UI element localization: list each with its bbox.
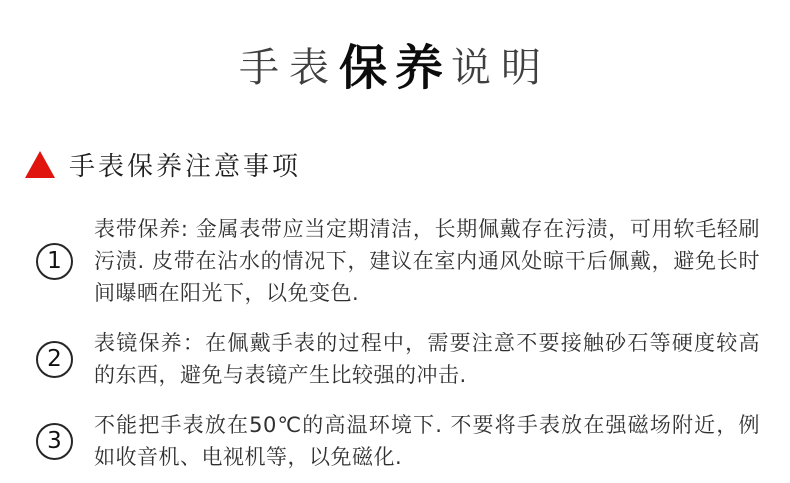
page-title-prefix: 手表 bbox=[239, 45, 339, 91]
item-number-badge: 2 bbox=[36, 341, 73, 378]
item-number-badge: 1 bbox=[36, 243, 73, 280]
page-title-suffix: 说明 bbox=[451, 45, 551, 91]
care-instructions-page: 手表保养说明 手表保养注意事项 1 表带保养: 金属表带应当定期清洁，长期佩戴存… bbox=[0, 0, 790, 483]
page-title-emphasis: 保养 bbox=[339, 40, 451, 96]
care-items-list: 1 表带保养: 金属表带应当定期清洁，长期佩戴存在污渍，可用软毛轻刷污渍. 皮带… bbox=[0, 213, 790, 473]
red-triangle-icon bbox=[25, 151, 55, 178]
item-text: 表镜保养：在佩戴手表的过程中，需要注意不要接触砂石等硬度较高的东西，避免与表镜产… bbox=[94, 327, 760, 391]
care-item: 3 不能把手表放在50℃的高温环境下. 不要将手表放在强磁场附近，例如收音机、电… bbox=[36, 409, 760, 473]
section-header: 手表保养注意事项 bbox=[25, 146, 790, 183]
item-number-badge: 3 bbox=[36, 423, 73, 460]
section-heading: 手表保养注意事项 bbox=[69, 146, 301, 183]
care-item: 1 表带保养: 金属表带应当定期清洁，长期佩戴存在污渍，可用软毛轻刷污渍. 皮带… bbox=[36, 213, 760, 309]
item-text: 表带保养: 金属表带应当定期清洁，长期佩戴存在污渍，可用软毛轻刷污渍. 皮带在沾… bbox=[94, 213, 760, 309]
care-item: 2 表镜保养：在佩戴手表的过程中，需要注意不要接触砂石等硬度较高的东西，避免与表… bbox=[36, 327, 760, 391]
item-text: 不能把手表放在50℃的高温环境下. 不要将手表放在强磁场附近，例如收音机、电视机… bbox=[94, 409, 760, 473]
page-title: 手表保养说明 bbox=[0, 0, 790, 104]
